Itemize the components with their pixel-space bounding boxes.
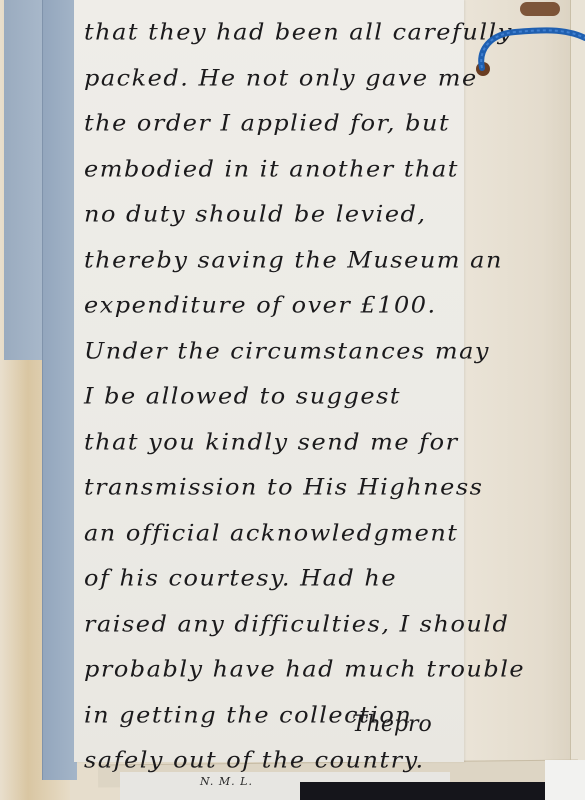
text-line: Under the circumstances may [84, 330, 484, 372]
text-line: I be allowed to suggest [84, 376, 484, 418]
wax-seal-stain [520, 2, 560, 16]
text-line: probably have had much trouble [84, 649, 484, 691]
handwritten-text: that they had been all carefully packed.… [84, 10, 484, 784]
backing-sheet-edge [570, 0, 585, 770]
text-line: the order I applied for, but [84, 103, 484, 145]
text-line: no duty should be levied, [84, 194, 484, 236]
dark-background [300, 782, 550, 800]
text-line: safely out of the country. [84, 740, 484, 782]
text-line: that you kindly send me for [84, 421, 484, 463]
text-line: expenditure of over £100. [84, 285, 484, 327]
blue-string-icon [470, 20, 585, 90]
text-line: packed. He not only gave me [84, 57, 484, 99]
text-line: embodied in it another that [84, 148, 484, 190]
signature: Thepro [352, 712, 432, 737]
text-line: transmission to His Highness [84, 467, 484, 509]
backing-sheet-blue-inner [42, 0, 77, 780]
text-line: thereby saving the Museum an [84, 239, 484, 281]
text-line: an official acknowledgment [84, 512, 484, 554]
text-line: of his courtesy. Had he [84, 558, 484, 600]
text-line: that they had been all carefully [84, 12, 484, 54]
text-line: raised any difficulties, I should [84, 603, 484, 645]
table-surface [545, 760, 585, 800]
